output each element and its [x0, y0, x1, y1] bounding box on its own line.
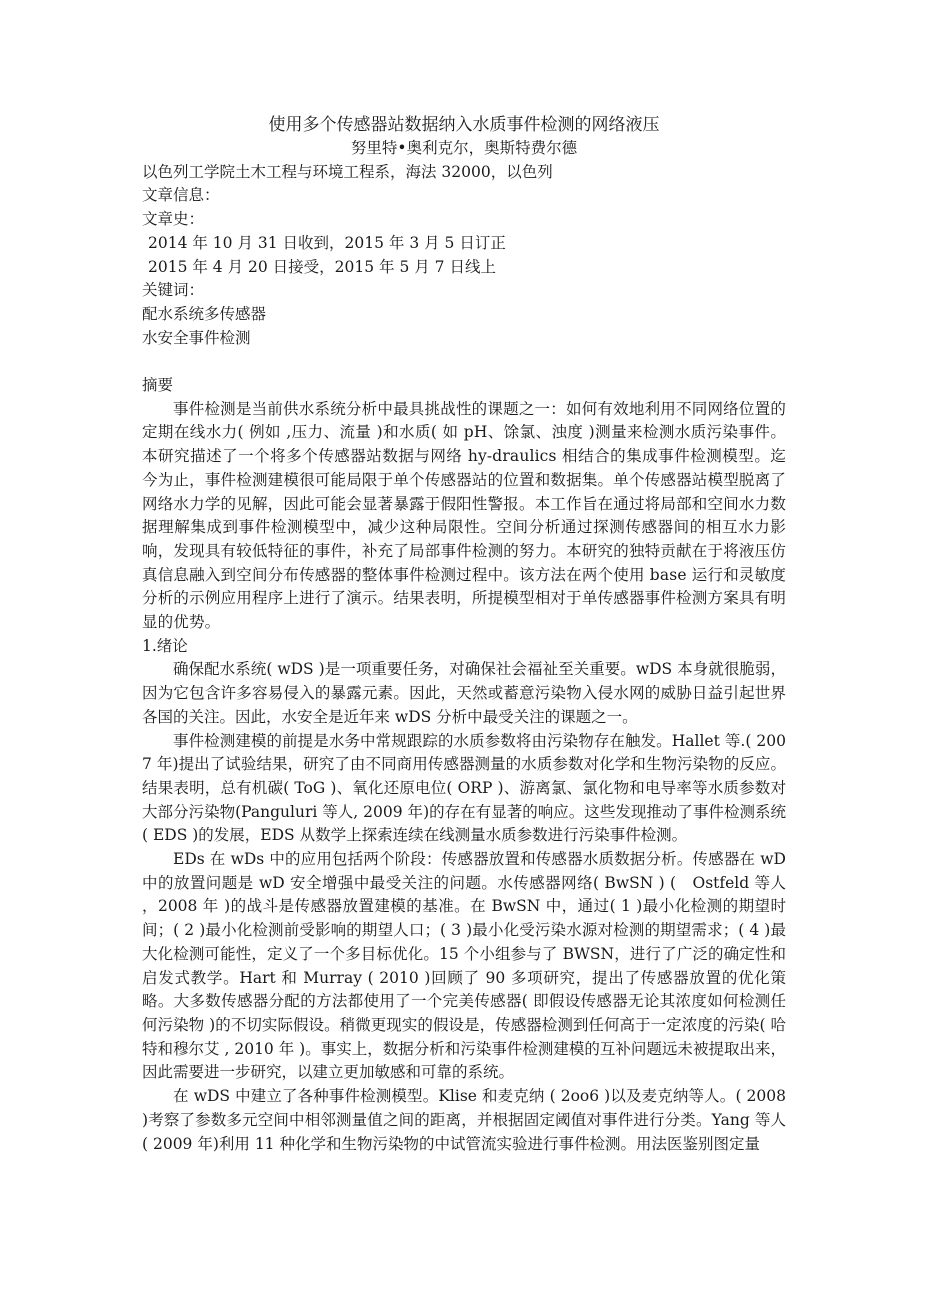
body-paragraph: 确保配水系统( wDS )是一项重要任务，对确保社会福祉至关重要。wDS 本身就… [142, 658, 786, 729]
article-history-label: 文章史： [142, 208, 786, 232]
paper-title: 使用多个传感器站数据纳入水质事件检测的网络液压 [142, 113, 786, 137]
spacer [142, 350, 786, 374]
article-info-label: 文章信息： [142, 184, 786, 208]
body-paragraph: 事件检测建模的前提是水务中常规跟踪的水质参数将由污染物存在触发。Hallet 等… [142, 730, 786, 849]
history-accepted: 2015 年 4 月 20 日接受，2015 年 5 月 7 日线上 [142, 256, 786, 280]
keyword-item: 水安全事件检测 [142, 327, 786, 351]
affiliation: 以色列工学院土木工程与环境工程系，海法 32000，以色列 [142, 161, 786, 185]
body-paragraph: EDs 在 wDs 中的应用包括两个阶段：传感器放置和传感器水质数据分析。传感器… [142, 848, 786, 1085]
body-paragraph: 在 wDS 中建立了各种事件检测模型。Klise 和麦克纳 ( 2oo6 )以及… [142, 1085, 786, 1156]
history-received: 2014 年 10 月 31 日收到，2015 年 3 月 5 日订正 [142, 232, 786, 256]
keyword-item: 配水系统多传感器 [142, 303, 786, 327]
abstract-text: 事件检测是当前供水系统分析中最具挑战性的课题之一：如何有效地利用不同网络位置的定… [142, 398, 786, 635]
abstract-heading: 摘要 [142, 374, 786, 398]
section-heading-introduction: 1.绪论 [142, 635, 786, 659]
document-page: 使用多个传感器站数据纳入水质事件检测的网络液压 努里特•奥利克尔，奥斯特费尔德 … [142, 113, 786, 1156]
paper-authors: 努里特•奥利克尔，奥斯特费尔德 [142, 137, 786, 161]
keywords-label: 关键词： [142, 279, 786, 303]
